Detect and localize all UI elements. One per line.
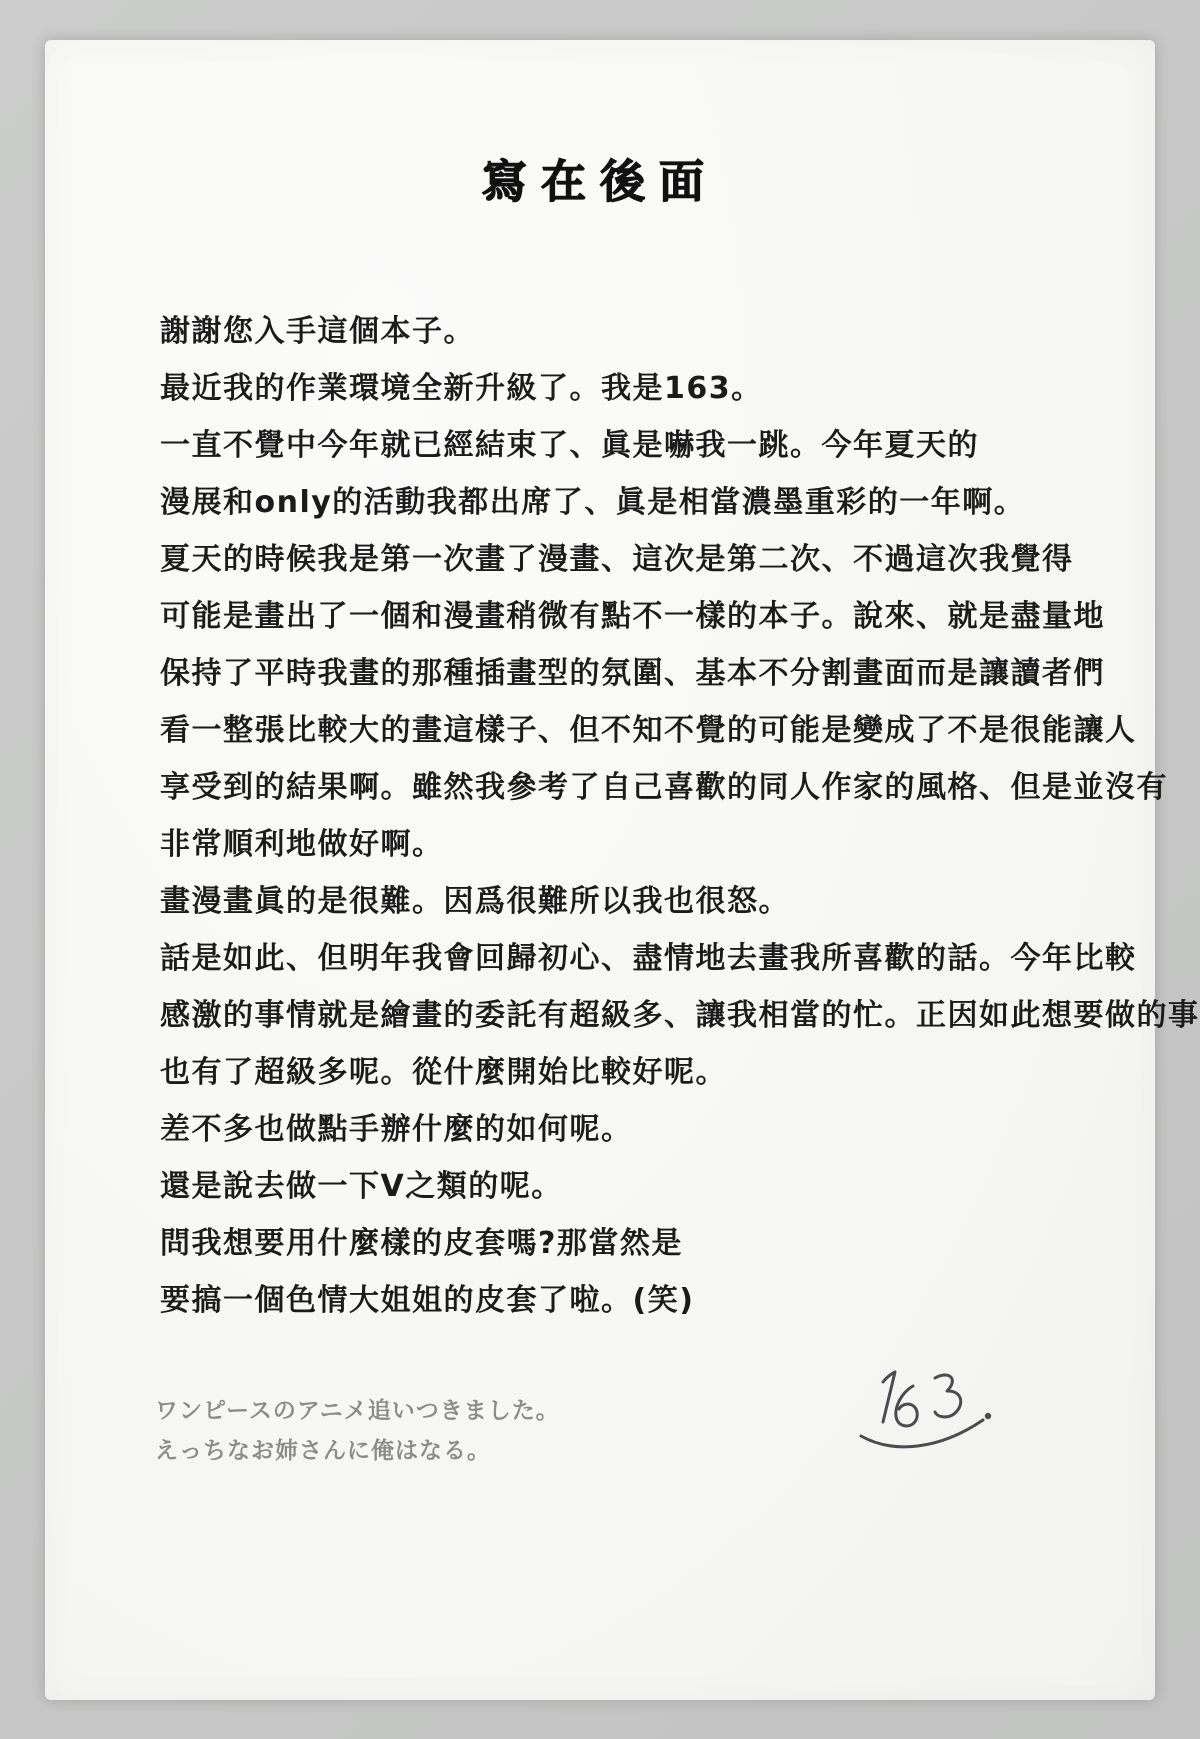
footer-line-2: えっちなお姉さんに俺はなる。: [155, 1431, 1155, 1471]
body-line-16: 還是說去做一下V之類的呢。: [160, 1158, 1095, 1215]
body-line-12: 話是如此、但明年我會回歸初心、盡情地去畫我所喜歡的話。今年比較: [160, 930, 1095, 987]
body-line-13: 感激的事情就是繪畫的委託有超級多、讓我相當的忙。正因如此想要做的事情: [160, 987, 1095, 1044]
body-line-5: 夏天的時候我是第一次畫了漫畫、這次是第二次、不過這次我覺得: [160, 531, 1095, 588]
body-line-3: 一直不覺中今年就已經結束了、眞是嚇我一跳。今年夏天的: [160, 417, 1095, 474]
body-line-6: 可能是畫出了一個和漫畫稍微有點不一樣的本子。說來、就是盡量地: [160, 588, 1095, 645]
body-line-14: 也有了超級多呢。從什麼開始比較好呢。: [160, 1044, 1095, 1101]
footer-line-1: ワンピースのアニメ追いつきました。: [155, 1391, 1155, 1431]
body-line-4: 漫展和only的活動我都出席了、眞是相當濃墨重彩的一年啊。: [160, 474, 1095, 531]
page-title: 寫在後面: [45, 145, 1155, 210]
body-line-18: 要搞一個色情大姐姐的皮套了啦。(笑): [160, 1272, 1095, 1329]
body-line-15: 差不多也做點手辦什麼的如何呢。: [160, 1101, 1095, 1158]
body-line-9: 享受到的結果啊。雖然我參考了自己喜歡的同人作家的風格、但是並沒有: [160, 759, 1095, 816]
body-line-7: 保持了平時我畫的那種插畫型的氛圍、基本不分割畫面而是讓讀者們: [160, 645, 1095, 702]
body-line-1: 謝謝您入手這個本子。: [160, 303, 1095, 360]
body-line-10: 非常順利地做好啊。: [160, 816, 1095, 873]
body-line-17: 問我想要用什麼樣的皮套嗎?那當然是: [160, 1215, 1095, 1272]
body-line-11: 畫漫畫眞的是很難。因爲很難所以我也很怒。: [160, 873, 1095, 930]
artist-signature-163-icon: [845, 1360, 1005, 1480]
scan-background: 寫在後面 謝謝您入手這個本子。 最近我的作業環境全新升級了。我是163。 一直不…: [0, 0, 1200, 1739]
body-line-8: 看一整張比較大的畫這樣子、但不知不覺的可能是變成了不是很能讓人: [160, 702, 1095, 759]
afterword-body: 謝謝您入手這個本子。 最近我的作業環境全新升級了。我是163。 一直不覺中今年就…: [45, 303, 1155, 1329]
afterword-page: 寫在後面 謝謝您入手這個本子。 最近我的作業環境全新升級了。我是163。 一直不…: [45, 40, 1155, 1700]
body-line-2: 最近我的作業環境全新升級了。我是163。: [160, 360, 1095, 417]
